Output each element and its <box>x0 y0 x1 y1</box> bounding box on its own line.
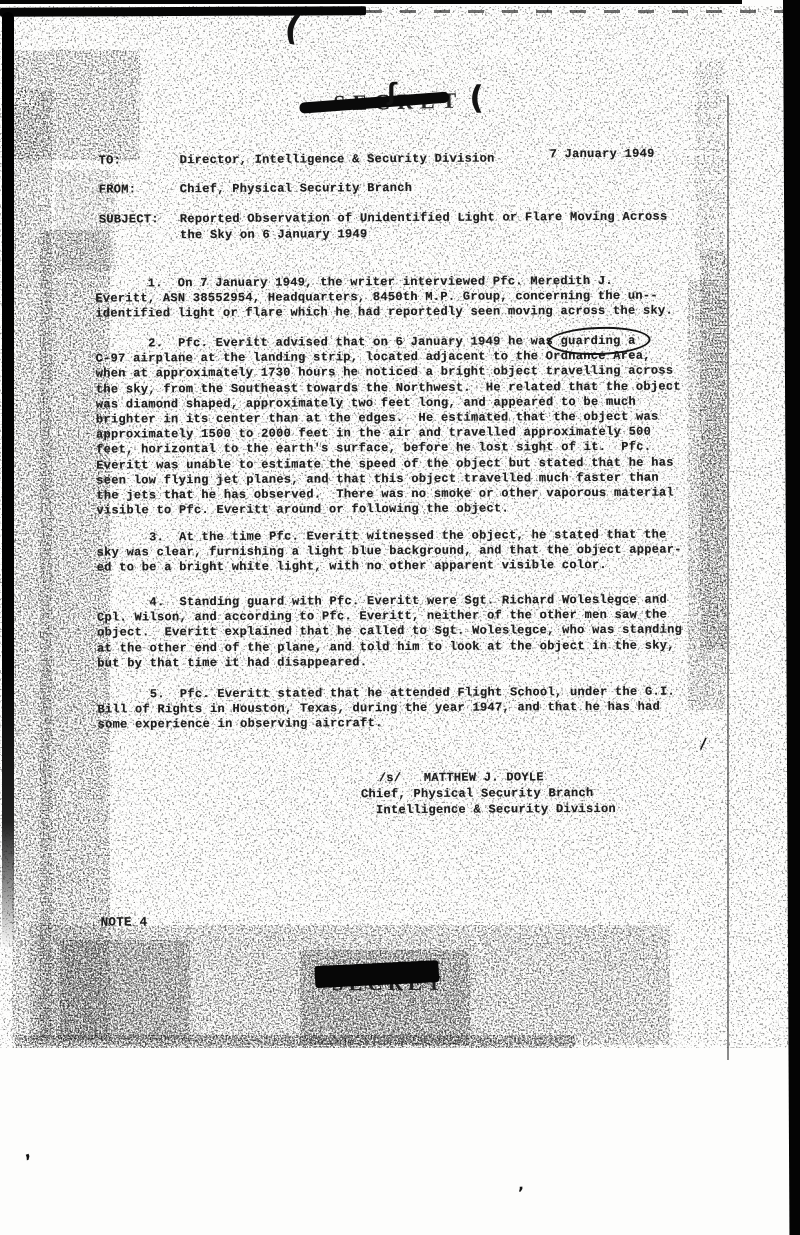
from-value: Chief, Physical Security Branch <box>180 181 413 197</box>
text-line: visible to Pfc. Everitt around or follow… <box>96 501 681 519</box>
paragraph-2: 2. Pfc. Everitt advised that on 6 Januar… <box>96 334 682 519</box>
paragraph-5: 5. Pfc. Everitt stated that he attended … <box>97 685 675 734</box>
text-line: but by that time it had disappeared. <box>97 653 682 671</box>
text-line: ed to be a bright white light, with no o… <box>97 558 682 576</box>
text-line: some experience in observing aircraft. <box>98 715 676 733</box>
text-line: the Sky on 6 January 1949 <box>180 225 668 243</box>
stray-mark: ‚ <box>19 1141 33 1163</box>
to-label: TO: <box>99 153 122 168</box>
document-content: SECRET ( ʃ ( / ’ ‚ TO: Director, Intelli… <box>0 0 800 1235</box>
signature-title-1: Chief, Physical Security Branch <box>361 786 594 802</box>
signature-title-2: Intelligence & Security Division <box>376 802 616 818</box>
circled-annotation: guarding a <box>561 334 636 348</box>
paragraph-4: 4. Standing guard with Pfc. Everitt were… <box>97 593 682 672</box>
stray-mark: ’ <box>518 1183 524 1202</box>
stray-mark: ( <box>469 79 484 117</box>
to-value: Director, Intelligence & Security Divisi… <box>180 151 495 168</box>
document-date: 7 January 1949 <box>550 147 655 163</box>
signature-line: /s/ MATTHEW J. DOYLE <box>379 770 544 786</box>
paragraph-3: 3. At the time Pfc. Everitt witnessed th… <box>97 528 682 577</box>
text-line: identified light or flare which he had r… <box>95 304 673 322</box>
stray-mark: ( <box>281 7 304 49</box>
from-label: FROM: <box>99 182 137 197</box>
scanned-document-page: SECRET ( ʃ ( / ’ ‚ TO: Director, Intelli… <box>0 0 800 1235</box>
text-line: at the other end of the plane, and told … <box>97 638 682 656</box>
paragraph-1: 1. On 7 January 1949, the writer intervi… <box>95 274 673 323</box>
text-line: Reported Observation of Unidentified Lig… <box>180 210 668 228</box>
paragraph-2-rest: C-97 airplane at the landing strip, loca… <box>96 349 682 519</box>
text-line: 2. Pfc. Everitt advised that on 6 Januar… <box>96 334 681 352</box>
subject-label: SUBJECT: <box>99 212 159 228</box>
subject-value: Reported Observation of Unidentified Lig… <box>180 210 668 244</box>
note-footer: NOTE 4 <box>101 915 148 930</box>
stray-mark: / <box>699 734 707 753</box>
paragraph-2-line1-pre: 2. Pfc. Everitt advised that on 6 Januar… <box>96 334 561 350</box>
stray-mark: ʃ <box>387 78 397 106</box>
